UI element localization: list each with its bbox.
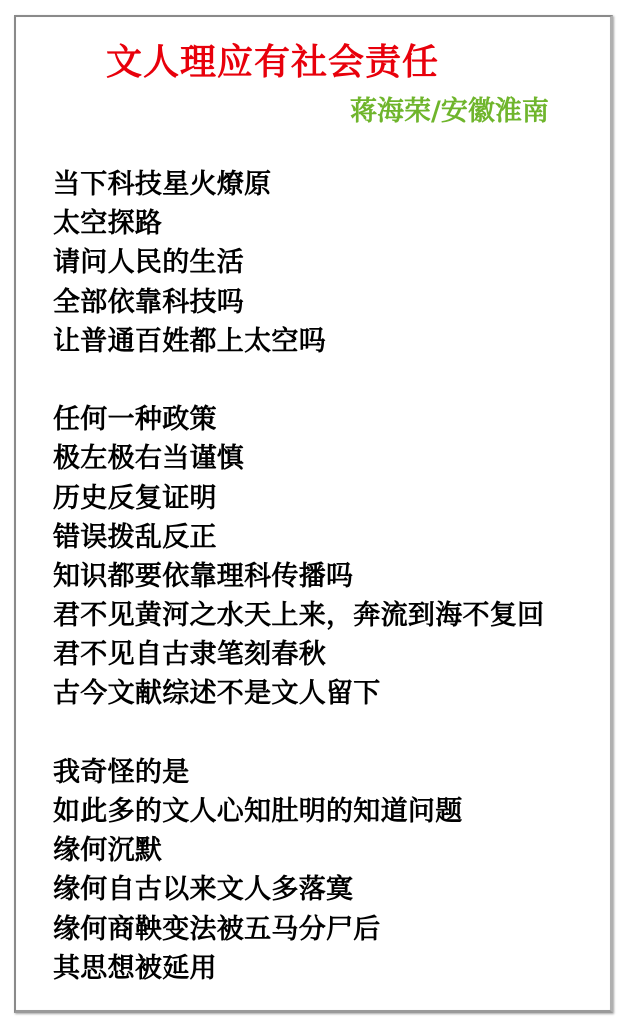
poem-line: 太空探路 — [53, 204, 544, 243]
poem-line: 如此多的文人心知肚明的知道问题 — [53, 792, 544, 831]
poem-line: 当下科技星火燎原 — [53, 165, 544, 204]
poem-line: 让普通百姓都上太空吗 — [53, 322, 544, 361]
poem-line: 古今文献综述不是文人留下 — [53, 674, 544, 713]
poem-line: 请问人民的生活 — [53, 243, 544, 282]
poem-line: 错误拨乱反正 — [53, 518, 544, 557]
poem-line: 君不见自古隶笔刻春秋 — [53, 635, 544, 674]
stanza-2: 任何一种政策 极左极右当谨慎 历史反复证明 错误拨乱反正 知识都要依靠理科传播吗… — [53, 400, 544, 714]
poem-body: 当下科技星火燎原 太空探路 请问人民的生活 全部依靠科技吗 让普通百姓都上太空吗… — [53, 165, 544, 988]
poem-line: 极左极右当谨慎 — [53, 439, 544, 478]
poem-line: 缘何沉默 — [53, 831, 544, 870]
stanza-3: 我奇怪的是 如此多的文人心知肚明的知道问题 缘何沉默 缘何自古以来文人多落寞 缘… — [53, 753, 544, 988]
poem-author: 蒋海荣/安徽淮南 — [350, 95, 549, 129]
poem-line: 任何一种政策 — [53, 400, 544, 439]
poem-line: 知识都要依靠理科传播吗 — [53, 557, 544, 596]
poem-line: 全部依靠科技吗 — [53, 283, 544, 322]
poem-line: 君不见黄河之水天上来，奔流到海不复回 — [53, 596, 544, 635]
stanza-gap — [53, 361, 544, 400]
stanza-gap — [53, 714, 544, 753]
poem-line: 缘何商鞅变法被五马分尸后 — [53, 910, 544, 949]
poem-line: 其思想被延用 — [53, 949, 544, 988]
poem-line: 缘何自古以来文人多落寞 — [53, 870, 544, 909]
poem-line: 我奇怪的是 — [53, 753, 544, 792]
poem-line: 历史反复证明 — [53, 479, 544, 518]
poem-title: 文人理应有社会责任 — [106, 41, 439, 85]
stanza-1: 当下科技星火燎原 太空探路 请问人民的生活 全部依靠科技吗 让普通百姓都上太空吗 — [53, 165, 544, 361]
